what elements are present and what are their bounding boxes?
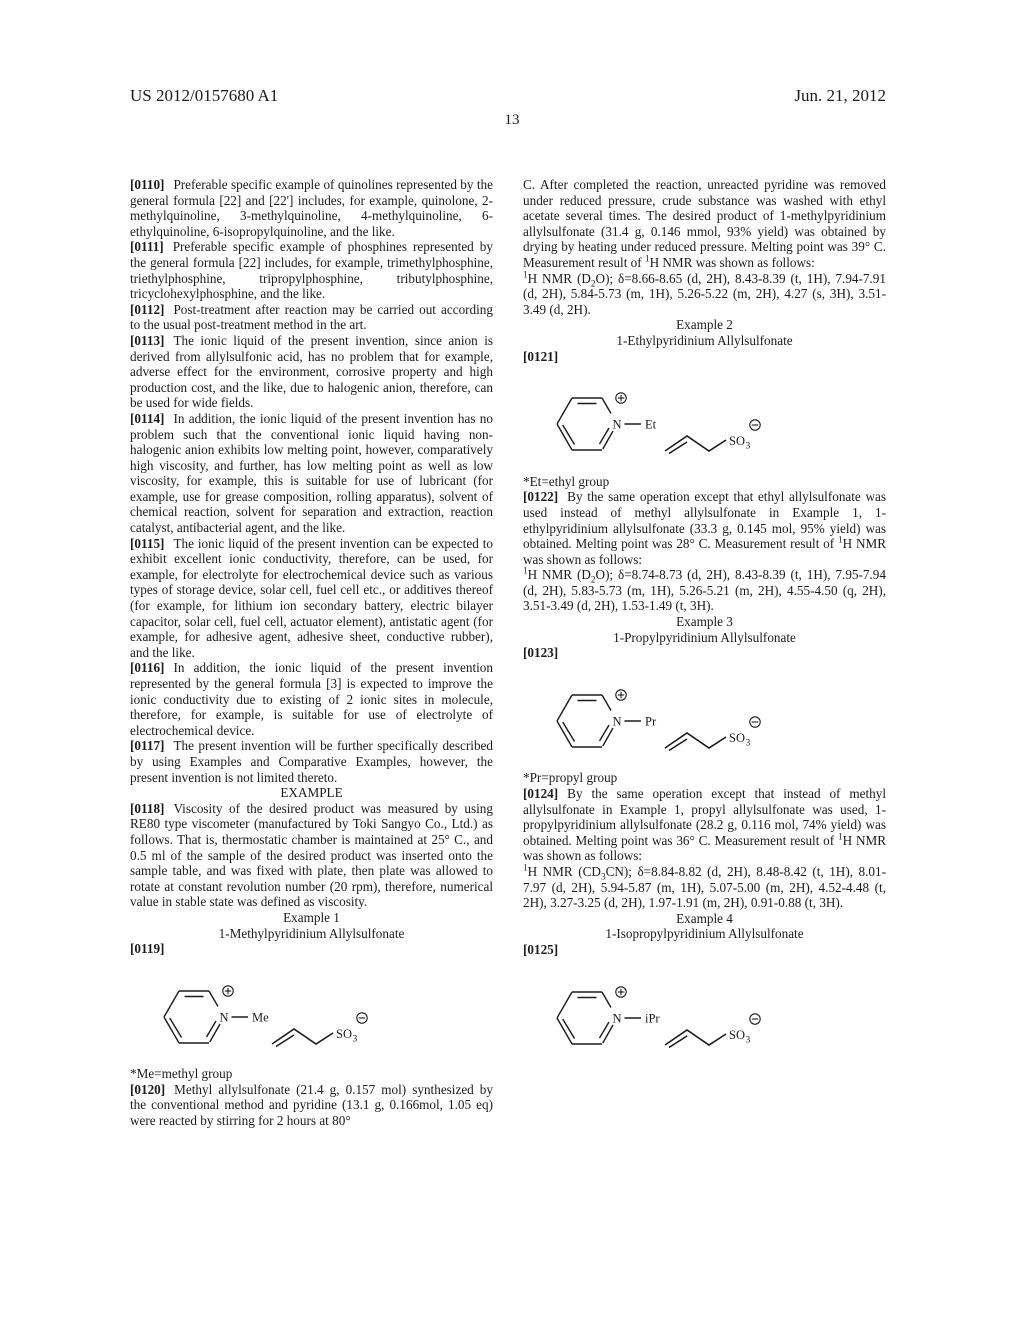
right-column: C. After completed the reaction, unreact…	[523, 177, 886, 1129]
nmr-result-example-3: 1H NMR (CD3CN); δ=8.84-8.82 (d, 2H), 8.4…	[523, 864, 886, 911]
pyridinium-allylsulfonate-drawing: N Et SO 3	[535, 372, 775, 468]
paragraph-tag: [0115]	[130, 536, 173, 551]
example-3-title: Example 3	[523, 614, 886, 630]
allyl-chain	[665, 1030, 726, 1048]
plus-charge-icon	[223, 985, 233, 995]
paragraph-0117: [0117]The present invention will be furt…	[130, 738, 493, 785]
paragraph-text: Viscosity of the desired product was mea…	[130, 801, 493, 910]
sulfonate-subscript: 3	[746, 738, 751, 748]
paragraph-tag: [0114]	[130, 411, 173, 426]
minus-charge-icon	[750, 717, 760, 727]
paragraph-text: In addition, the ionic liquid of the pre…	[130, 411, 493, 535]
paragraph-text: Preferable specific example of quinoline…	[130, 177, 493, 239]
pyridine-ring	[557, 992, 613, 1044]
paragraph-0120-continuation: C. After completed the reaction, unreact…	[523, 177, 886, 271]
paragraph-0113: [0113]The ionic liquid of the present in…	[130, 333, 493, 411]
example-1-title: Example 1	[130, 910, 493, 926]
minus-charge-icon	[750, 1013, 760, 1023]
paragraph-0122: [0122]By the same operation except that …	[523, 489, 886, 567]
pyridine-ring	[164, 991, 220, 1043]
sulfonate-subscript: 3	[353, 1034, 358, 1044]
sulfonate-subscript: 3	[746, 442, 751, 452]
publication-number: US 2012/0157680 A1	[130, 86, 278, 106]
pyridinium-allylsulfonate-drawing: N Pr SO 3	[535, 669, 775, 765]
example-section-heading: EXAMPLE	[130, 785, 493, 801]
example-2-compound-name: 1-Ethylpyridinium Allylsulfonate	[523, 333, 886, 349]
plus-charge-icon	[616, 393, 626, 403]
sulfonate-label: SO	[336, 1027, 352, 1041]
plus-charge-icon	[616, 986, 626, 996]
pyridine-ring	[557, 695, 613, 747]
paragraph-0114: [0114]In addition, the ionic liquid of t…	[130, 411, 493, 536]
paragraph-0115: [0115]The ionic liquid of the present in…	[130, 536, 493, 661]
paragraph-text: Preferable specific example of phosphine…	[130, 239, 493, 301]
paragraph-0124: [0124]By the same operation except that …	[523, 786, 886, 864]
nmr-result-example-2: 1H NMR (D2O); δ=8.74-8.73 (d, 2H), 8.43-…	[523, 567, 886, 614]
chemical-structure-example-3: N Pr SO 3	[535, 669, 886, 769]
propyl-footnote: *Pr=propyl group	[523, 770, 886, 786]
page-body: [0110]Preferable specific example of qui…	[130, 177, 886, 1129]
left-column: [0110]Preferable specific example of qui…	[130, 177, 493, 1129]
substituent-label: Et	[645, 418, 657, 432]
paragraph-tag-0119: [0119]	[130, 941, 493, 957]
pyridine-ring	[557, 398, 613, 450]
paragraph-text: In addition, the ionic liquid of the pre…	[130, 660, 493, 737]
chemical-structure-example-2: N Et SO 3	[535, 372, 886, 472]
paragraph-0110: [0110]Preferable specific example of qui…	[130, 177, 493, 239]
allyl-chain	[272, 1029, 333, 1047]
example-2-title: Example 2	[523, 317, 886, 333]
paragraph-tag-0125: [0125]	[523, 942, 886, 958]
minus-charge-icon	[750, 420, 760, 430]
paragraph-tag: [0116]	[130, 660, 173, 675]
paragraph-0111: [0111]Preferable specific example of pho…	[130, 239, 493, 301]
example-4-compound-name: 1-Isopropylpyridinium Allylsulfonate	[523, 926, 886, 942]
publication-date: Jun. 21, 2012	[794, 86, 886, 106]
nitrogen-label: N	[612, 418, 621, 432]
paragraph-0112: [0112]Post-treatment after reaction may …	[130, 302, 493, 333]
sulfonate-label: SO	[729, 1028, 745, 1042]
pyridinium-allylsulfonate-drawing: N iPr SO 3	[535, 966, 775, 1062]
example-1-compound-name: 1-Methylpyridinium Allylsulfonate	[130, 926, 493, 942]
patent-page: US 2012/0157680 A1 Jun. 21, 2012 13 [011…	[0, 0, 1024, 1320]
paragraph-tag: [0111]	[130, 239, 173, 254]
chemical-structure-example-1: N Me SO 3	[142, 965, 493, 1065]
substituent-label: Pr	[645, 714, 657, 728]
paragraph-tag: [0117]	[130, 738, 173, 753]
paragraph-tag: [0122]	[523, 489, 567, 504]
nitrogen-label: N	[612, 1011, 621, 1025]
paragraph-0120: [0120]Methyl allylsulfonate (21.4 g, 0.1…	[130, 1082, 493, 1129]
paragraph-text: Post-treatment after reaction may be car…	[130, 302, 493, 333]
substituent-label: Me	[252, 1010, 269, 1024]
page-number: 13	[0, 112, 1024, 129]
paragraph-tag-0121: [0121]	[523, 349, 886, 365]
paragraph-text: The ionic liquid of the present inventio…	[130, 333, 493, 410]
sulfonate-subscript: 3	[746, 1035, 751, 1045]
allyl-chain	[665, 733, 726, 751]
paragraph-0116: [0116]In addition, the ionic liquid of t…	[130, 660, 493, 738]
substituent-label: iPr	[645, 1011, 660, 1025]
sulfonate-label: SO	[729, 731, 745, 745]
pyridinium-allylsulfonate-drawing: N Me SO 3	[142, 965, 382, 1061]
nmr-result-example-1: 1H NMR (D2O); δ=8.66-8.65 (d, 2H), 8.43-…	[523, 271, 886, 318]
paragraph-tag-0123: [0123]	[523, 645, 886, 661]
paragraph-tag: [0120]	[130, 1082, 174, 1097]
plus-charge-icon	[616, 690, 626, 700]
paragraph-tag: [0113]	[130, 333, 173, 348]
chemical-structure-example-4: N iPr SO 3	[535, 966, 886, 1066]
paragraph-tag: [0112]	[130, 302, 173, 317]
example-4-title: Example 4	[523, 911, 886, 927]
page-header: US 2012/0157680 A1 Jun. 21, 2012	[130, 86, 886, 106]
minus-charge-icon	[357, 1012, 367, 1022]
paragraph-text: Methyl allylsulfonate (21.4 g, 0.157 mol…	[130, 1082, 493, 1128]
paragraph-tag: [0124]	[523, 786, 567, 801]
sulfonate-label: SO	[729, 434, 745, 448]
methyl-footnote: *Me=methyl group	[130, 1066, 493, 1082]
paragraph-0118: [0118]Viscosity of the desired product w…	[130, 801, 493, 910]
paragraph-text: The present invention will be further sp…	[130, 738, 493, 784]
paragraph-text: The ionic liquid of the present inventio…	[130, 536, 493, 660]
example-3-compound-name: 1-Propylpyridinium Allylsulfonate	[523, 630, 886, 646]
paragraph-tag: [0110]	[130, 177, 173, 192]
paragraph-tag: [0118]	[130, 801, 173, 816]
nitrogen-label: N	[612, 714, 621, 728]
ethyl-footnote: *Et=ethyl group	[523, 474, 886, 490]
paragraph-text: By the same operation except that ethyl …	[523, 489, 886, 566]
paragraph-text: By the same operation except that instea…	[523, 786, 886, 863]
nitrogen-label: N	[219, 1010, 228, 1024]
allyl-chain	[665, 436, 726, 454]
